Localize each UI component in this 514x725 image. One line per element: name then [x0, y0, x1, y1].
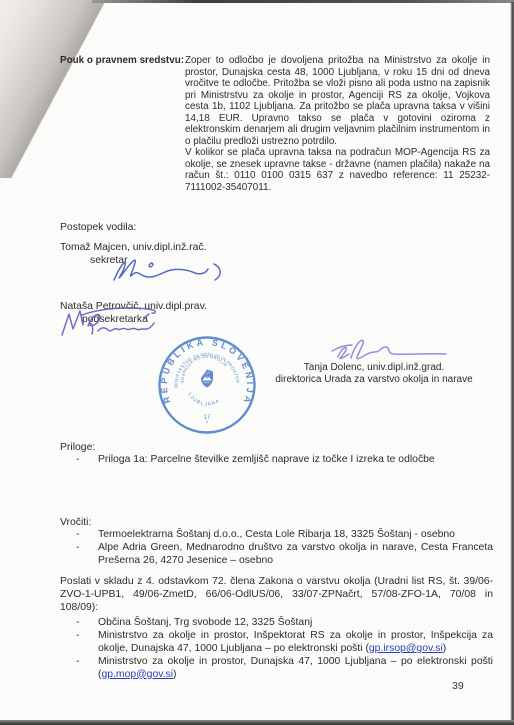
distribution-intro: Poslati v skladu z 4. odstavkom 72. člen…	[60, 576, 493, 614]
scanned-document-page: Pouk o pravnem sredstvu: Zoper to odločb…	[0, 0, 514, 725]
list-item: - Priloga 1a: Parcelne številke zemljišč…	[60, 454, 493, 467]
delivery-item-text: Termoelektrarna Šoštanj d.o.o., Cesta Lo…	[98, 529, 493, 542]
item-text-post: )	[173, 669, 176, 680]
list-item: - Alpe Adria Green, Mednarodno društvo z…	[60, 542, 493, 568]
legal-remedy-label: Pouk o pravnem sredstvu:	[60, 55, 185, 193]
distribution-item-text: Ministrstvo za okolje in prostor, Dunajs…	[98, 656, 493, 682]
director-block: Tanja Dolenc, univ.dipl.inž.grad. direkt…	[264, 362, 484, 387]
legal-remedy-section: Pouk o pravnem sredstvu: Zoper to odločb…	[60, 55, 490, 193]
official-stamp: REPUBLIKA SLOVENIJA MINISTRSTVO ZA OKOLJ…	[153, 331, 261, 439]
distribution-list: - Občina Šoštanj, Trg svobode 12, 3325 Š…	[60, 617, 493, 681]
email-link[interactable]: gp.mop@gov.si	[101, 669, 173, 680]
stamp-dot	[206, 421, 207, 422]
item-text-pre: Občina Šoštanj, Trg svobode 12, 3325 Šoš…	[98, 617, 312, 628]
attachment-item-text: Priloga 1a: Parcelne številke zemljišč n…	[98, 454, 493, 467]
signature-officer1	[98, 244, 233, 292]
email-link[interactable]: gp.irsop@gov.si	[369, 643, 443, 654]
dash-bullet: -	[60, 630, 98, 656]
director-title: direktorica Urada za varstvo okolja in n…	[264, 374, 484, 386]
distribution-item-text: Ministrstvo za okolje in prostor, Inšpek…	[98, 630, 493, 656]
legal-remedy-paragraph-1: Zoper to odločbo je dovoljena pritožba n…	[185, 55, 490, 147]
dash-bullet: -	[60, 454, 98, 467]
delivery-heading: Vročiti:	[60, 516, 493, 529]
stamp-city-text: LJUBLJANA	[187, 392, 222, 408]
scan-edge-top	[92, 0, 514, 3]
director-name: Tanja Dolenc, univ.dipl.inž.grad.	[264, 362, 484, 374]
attachments-heading: Priloge:	[60, 441, 493, 454]
legal-remedy-paragraph-2: V kolikor se plača upravna taksa na podr…	[185, 147, 490, 193]
distribution-section: Poslati v skladu z 4. odstavkom 72. člen…	[60, 576, 493, 681]
delivery-section: Vročiti: - Termoelektrarna Šoštanj d.o.o…	[60, 516, 493, 567]
dash-bullet: -	[60, 656, 98, 682]
distribution-item-text: Občina Šoštanj, Trg svobode 12, 3325 Šoš…	[98, 617, 493, 630]
dash-bullet: -	[60, 617, 98, 630]
legal-remedy-text: Zoper to odločbo je dovoljena pritožba n…	[185, 55, 490, 193]
list-item: - Ministrstvo za okolje in prostor, Inšp…	[60, 630, 493, 656]
svg-text:LJUBLJANA: LJUBLJANA	[187, 392, 222, 408]
procedure-heading: Postopek vodila:	[60, 221, 360, 234]
coat-of-arms-icon	[201, 370, 213, 388]
list-item: - Občina Šoštanj, Trg svobode 12, 3325 Š…	[60, 617, 493, 630]
scan-edge-bottom	[0, 720, 514, 725]
delivery-item-text: Alpe Adria Green, Mednarodno društvo za …	[98, 542, 493, 568]
item-text-post: )	[443, 643, 446, 654]
scan-edge-right	[510, 2, 514, 721]
page-number: 39	[452, 680, 464, 693]
stamp-number: 17	[204, 415, 211, 421]
dash-bullet: -	[60, 542, 98, 568]
dash-bullet: -	[60, 529, 98, 542]
list-item: - Ministrstvo za okolje in prostor, Duna…	[60, 656, 493, 682]
list-item: - Termoelektrarna Šoštanj d.o.o., Cesta …	[60, 529, 493, 542]
attachments-section: Priloge: - Priloga 1a: Parcelne številke…	[60, 441, 493, 467]
